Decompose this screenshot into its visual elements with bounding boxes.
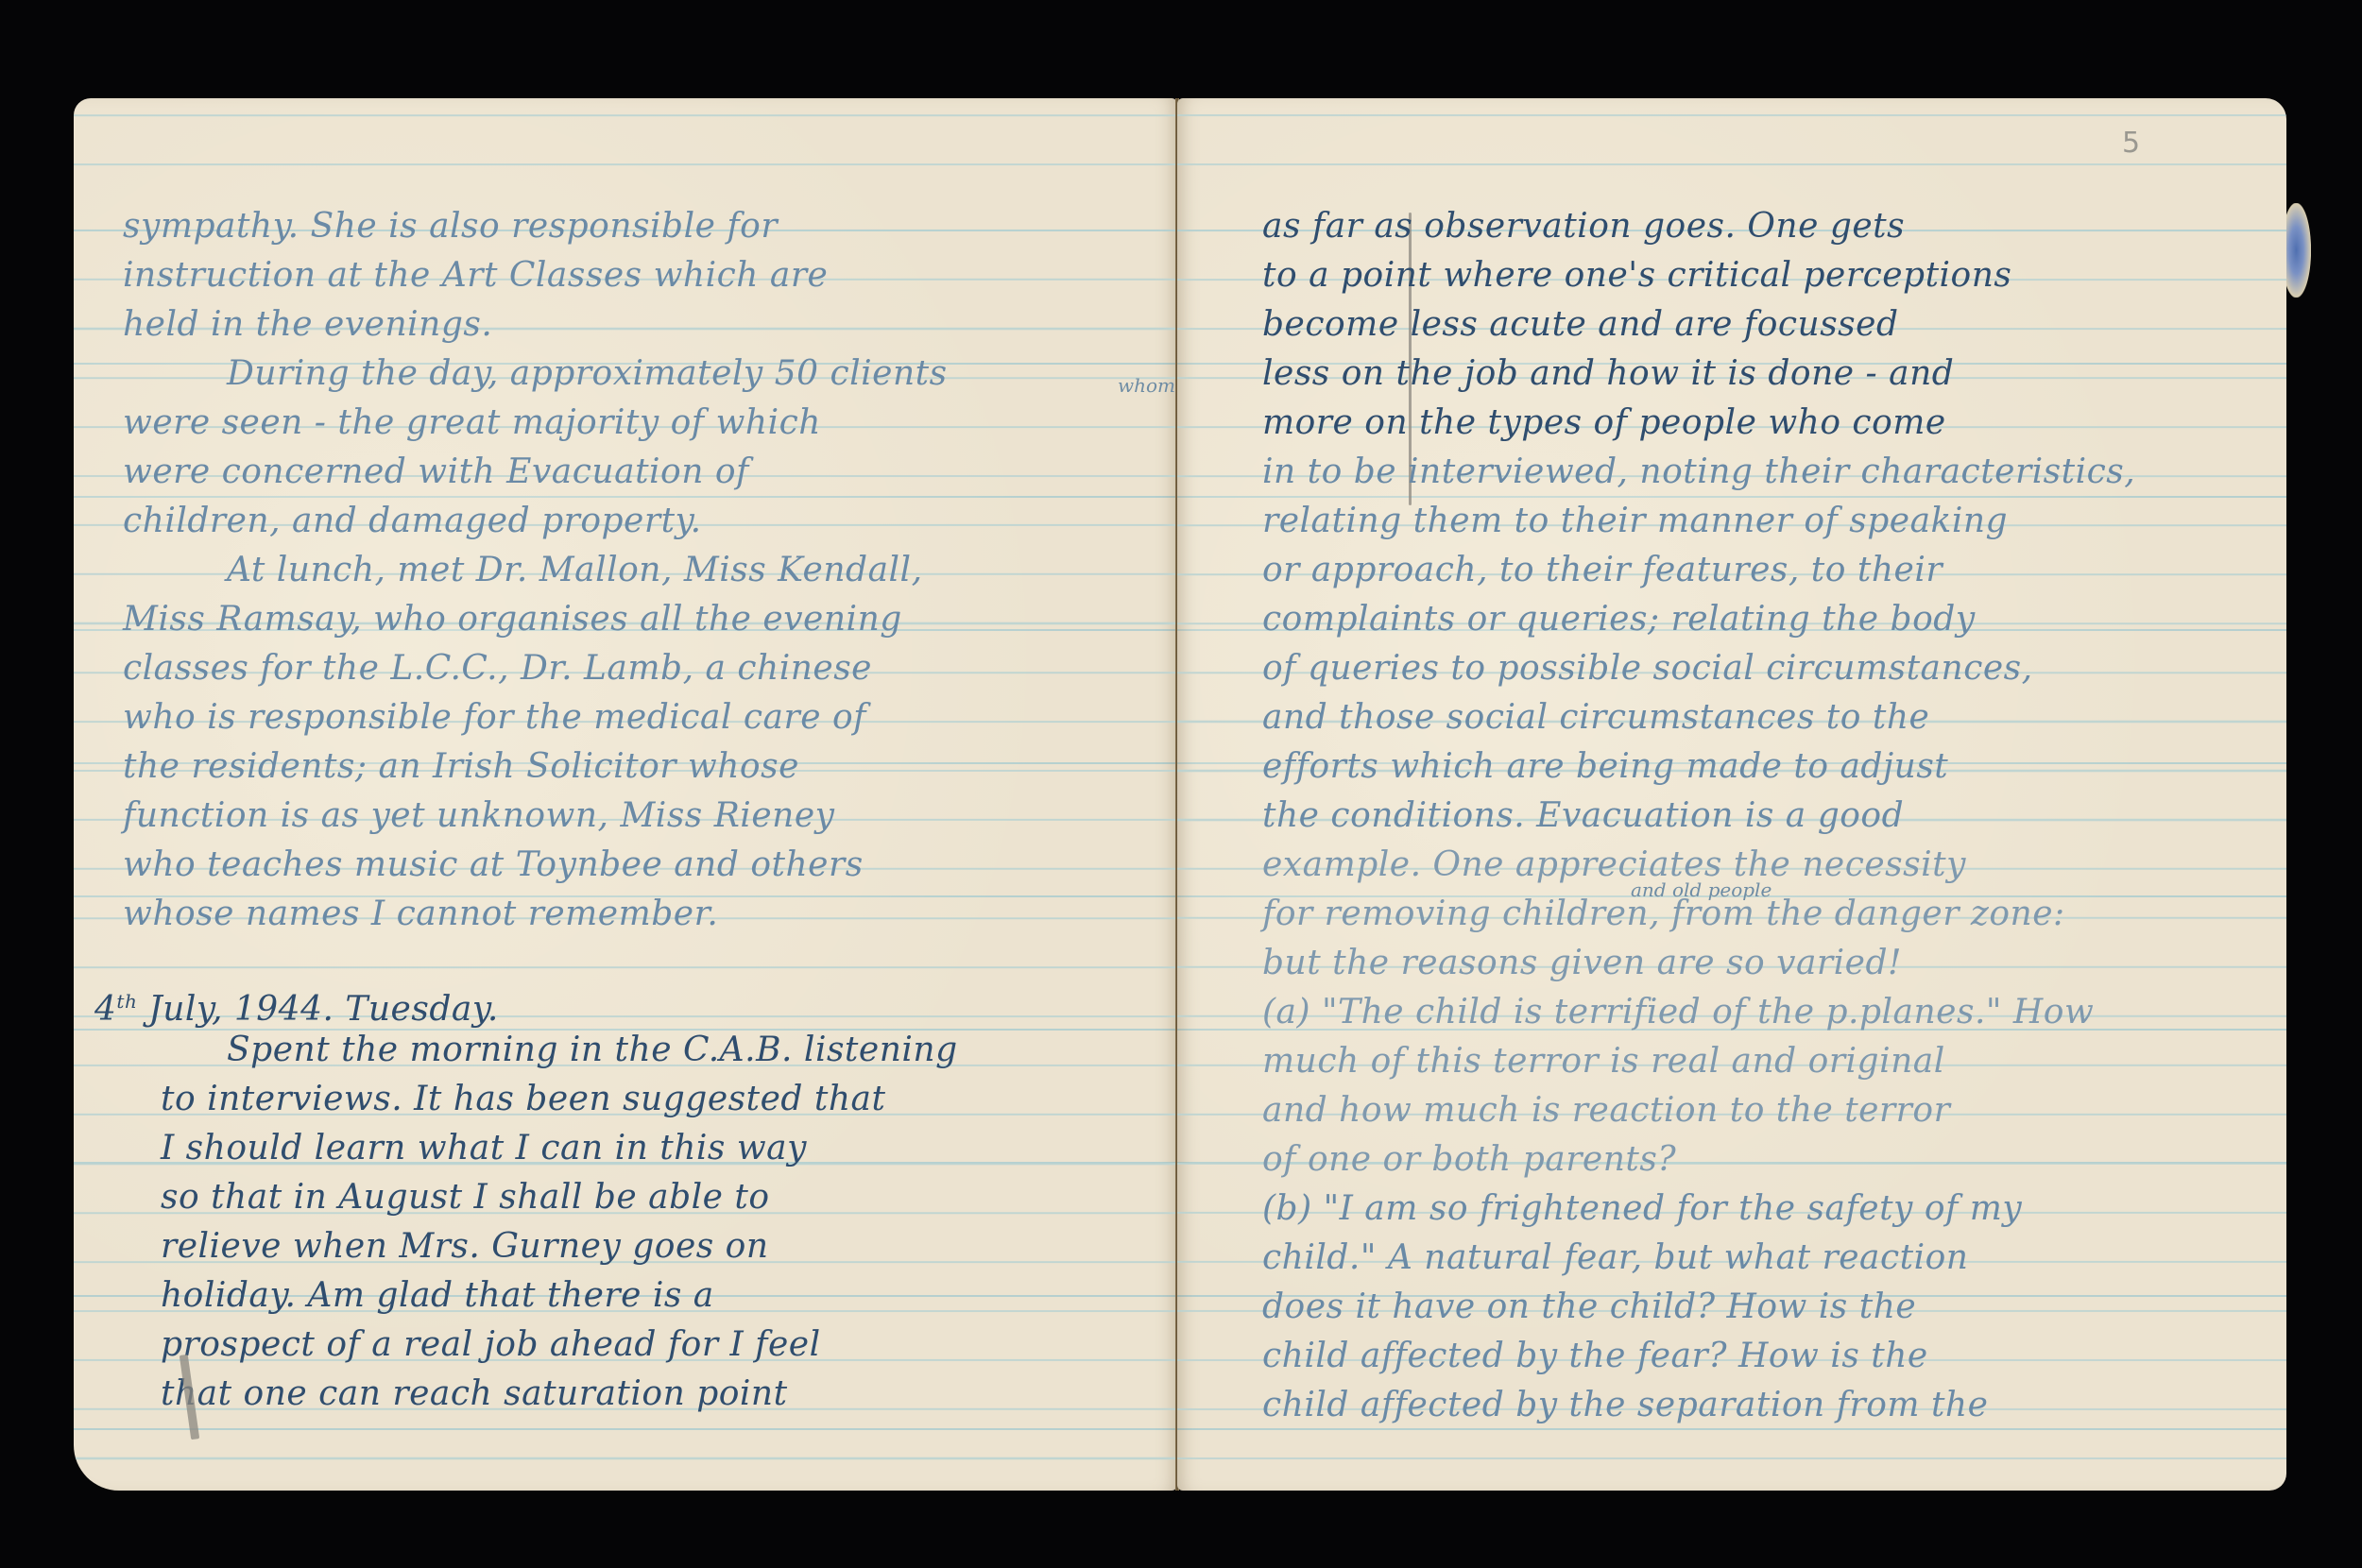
- text-line: function is as yet unknown, Miss Rieney: [123, 792, 1143, 841]
- text-line: and those social circumstances to the: [1262, 693, 2264, 742]
- text-line: sympathy. She is also responsible for: [123, 202, 1143, 251]
- torn-binding-cloth: [2286, 203, 2311, 298]
- open-notebook: sympathy. She is also responsible for in…: [74, 98, 2286, 1491]
- text-line: less on the job and how it is done - and: [1262, 349, 2264, 399]
- date-rest: July, 1944. Tuesday.: [148, 990, 499, 1029]
- text-line: classes for the L.C.C., Dr. Lamb, a chin…: [123, 644, 1143, 693]
- diary-entry-july-4: 4th July, 1944. Tuesday. Spent the morni…: [123, 977, 1143, 1419]
- text-line: whose names I cannot remember.: [123, 890, 1143, 939]
- right-page: 5 as far as observation goes. One gets t…: [1177, 98, 2286, 1491]
- date-day: 4: [94, 990, 116, 1029]
- text-line: children, and damaged property.: [123, 497, 1143, 546]
- text-line: the residents; an Irish Solicitor whose: [123, 742, 1143, 792]
- text-line: (b) "I am so frightened for the safety o…: [1262, 1185, 2264, 1234]
- pencil-insertion-whom: whom: [1118, 374, 1175, 397]
- text-line: of queries to possible social circumstan…: [1262, 644, 2264, 693]
- text-line: in to be interviewed, noting their chara…: [1262, 448, 2264, 497]
- date-suffix: th: [116, 990, 137, 1013]
- text-line: does it have on the child? How is the: [1262, 1283, 2264, 1332]
- text-line: child." A natural fear, but what reactio…: [1262, 1234, 2264, 1283]
- text-line: the conditions. Evacuation is a good: [1262, 792, 2264, 841]
- text-line: that one can reach saturation point: [123, 1370, 1143, 1419]
- text-line: to interviews. It has been suggested tha…: [123, 1075, 1143, 1124]
- text-line: become less acute and are focussed: [1262, 300, 2264, 349]
- text-line: relieve when Mrs. Gurney goes on: [123, 1222, 1143, 1271]
- text-line: prospect of a real job ahead for I feel: [123, 1321, 1143, 1370]
- text-line: Spent the morning in the C.A.B. listenin…: [123, 1026, 1143, 1075]
- text-line: efforts which are being made to adjust: [1262, 742, 2264, 792]
- page-number: 5: [2122, 127, 2140, 160]
- text-line: were concerned with Evacuation of: [123, 448, 1143, 497]
- insertion-and-old-people: and old people: [1631, 878, 1771, 901]
- diary-text-right: as far as observation goes. One gets to …: [1262, 202, 2264, 1430]
- text-line: much of this terror is real and original: [1262, 1037, 2264, 1086]
- text-line: so that in August I shall be able to: [123, 1173, 1143, 1222]
- text-line: Miss Ramsay, who organises all the eveni…: [123, 595, 1143, 644]
- text-line: complaints or queries; relating the body: [1262, 595, 2264, 644]
- text-line: held in the evenings.: [123, 300, 1143, 349]
- diary-entry-continued: sympathy. She is also responsible for in…: [123, 202, 1143, 939]
- text-line: I should learn what I can in this way: [123, 1124, 1143, 1173]
- text-line: (a) "The child is terrified of the p.pla…: [1262, 988, 2264, 1037]
- text-line: At lunch, met Dr. Mallon, Miss Kendall,: [123, 546, 1143, 595]
- text-line: who is responsible for the medical care …: [123, 693, 1143, 742]
- text-line: child affected by the fear? How is the: [1262, 1332, 2264, 1381]
- text-line: and how much is reaction to the terror: [1262, 1086, 2264, 1135]
- text-line: or approach, to their features, to their: [1262, 546, 2264, 595]
- text-line: holiday. Am glad that there is a: [123, 1271, 1143, 1321]
- entry-date-heading: 4th July, 1944. Tuesday.: [94, 977, 1143, 1026]
- text-line: but the reasons given are so varied!: [1262, 939, 2264, 988]
- left-page: sympathy. She is also responsible for in…: [74, 98, 1177, 1491]
- text-line: who teaches music at Toynbee and others: [123, 841, 1143, 890]
- text-line: were seen - the great majority of which: [123, 399, 1143, 448]
- text-line: as far as observation goes. One gets: [1262, 202, 2264, 251]
- text-line: child affected by the separation from th…: [1262, 1381, 2264, 1430]
- text-line: During the day, approximately 50 clients: [123, 349, 1143, 399]
- text-line: of one or both parents?: [1262, 1135, 2264, 1185]
- text-line: to a point where one's critical percepti…: [1262, 251, 2264, 300]
- text-line: instruction at the Art Classes which are: [123, 251, 1143, 300]
- text-line: more on the types of people who come: [1262, 399, 2264, 448]
- text-line: relating them to their manner of speakin…: [1262, 497, 2264, 546]
